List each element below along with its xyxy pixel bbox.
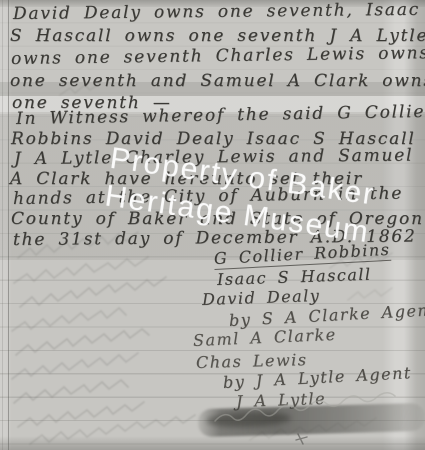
signature-david-dealy: David Dealy bbox=[202, 286, 321, 309]
signature-saml-a-clarke: Saml A Clarke bbox=[193, 325, 337, 350]
scanned-document-page: David Dealy owns one seventh, Isaac S Ha… bbox=[0, 0, 425, 450]
handwritten-line-8: J A Lytle Charley Lewis and Samuel bbox=[14, 146, 414, 169]
pencil-mark bbox=[296, 434, 307, 444]
handwritten-line-3: owns one seventh Charles Lewis owns bbox=[11, 43, 425, 69]
handwritten-line-1: David Dealy owns one seventh, Isaac bbox=[13, 0, 420, 24]
signature-isaac-s-hascall: Isaac S Hascall bbox=[217, 265, 372, 289]
handwritten-line-4: one seventh and Samuel A Clark owns bbox=[10, 71, 425, 91]
handwritten-line-2: S Hascall owns one seventh J A Lytle bbox=[10, 26, 425, 46]
left-margin-line-faint bbox=[2, 0, 3, 450]
left-margin-line bbox=[8, 0, 9, 450]
handwritten-line-10: hands at the City of Auburn in the bbox=[13, 184, 403, 209]
